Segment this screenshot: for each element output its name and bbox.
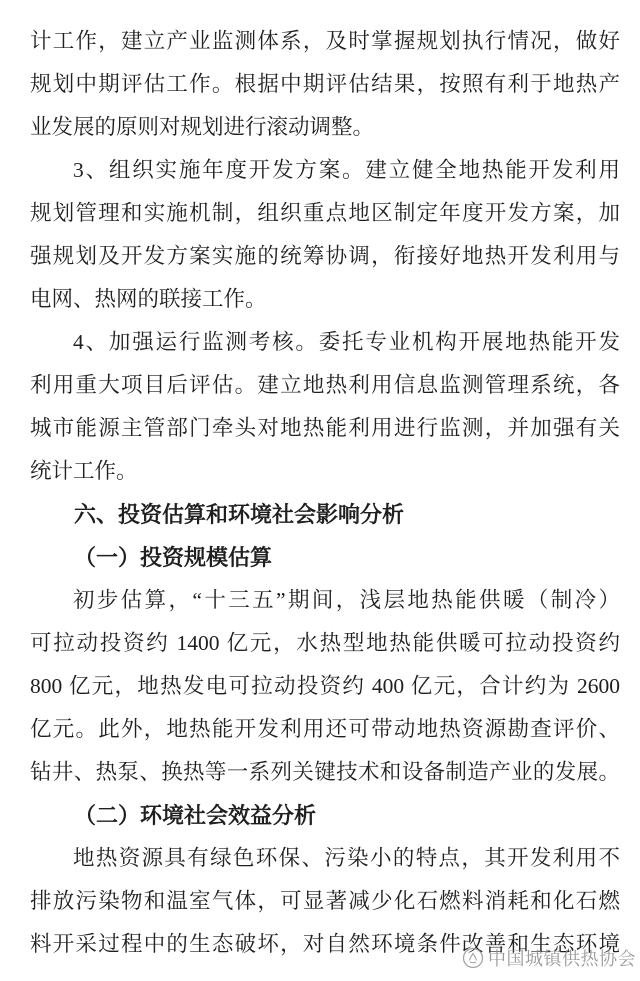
text-line: 强规划及开发方案实施的统筹协调，衔接好地热开发利用与: [30, 235, 620, 278]
text-line: 初步估算，“十三五”期间，浅层地热能供暖（制冷）: [30, 579, 620, 622]
subsection-heading: （一）投资规模估算: [30, 536, 620, 579]
text-line: 排放污染物和温室气体，可显著减少化石燃料消耗和化石燃: [30, 880, 620, 923]
text-line: 4、加强运行监测考核。委托专业机构开展地热能开发: [30, 321, 620, 364]
text-column: 计工作，建立产业监测体系，及时掌握规划执行情况，做好 规划中期评估工作。根据中期…: [30, 20, 620, 966]
subsection-heading: （二）环境社会效益分析: [30, 794, 620, 837]
paragraph: 计工作，建立产业监测体系，及时掌握规划执行情况，做好 规划中期评估工作。根据中期…: [30, 20, 620, 149]
text-line: 800 亿元，地热发电可拉动投资约 400 亿元，合计约为 2600: [30, 665, 620, 708]
paragraph: 初步估算，“十三五”期间，浅层地热能供暖（制冷） 可拉动投资约 1400 亿元，…: [30, 579, 620, 794]
text-line: 利用重大项目后评估。建立地热利用信息监测管理系统，各: [30, 364, 620, 407]
text-line: 钻井、热泵、换热等一系列关键技术和设备制造产业的发展。: [30, 751, 620, 794]
paragraph: 3、组织实施年度开发方案。建立健全地热能开发利用 规划管理和实施机制，组织重点地…: [30, 149, 620, 321]
text-line: 统计工作。: [30, 450, 620, 493]
text-line: 电网、热网的联接工作。: [30, 278, 620, 321]
watermark-text: 中国城镇供热协会: [488, 945, 636, 971]
text-line: 地热资源具有绿色环保、污染小的特点，其开发利用不: [30, 837, 620, 880]
text-line: 3、组织实施年度开发方案。建立健全地热能开发利用: [30, 149, 620, 192]
paragraph: 4、加强运行监测考核。委托专业机构开展地热能开发 利用重大项目后评估。建立地热利…: [30, 321, 620, 493]
text-line: 计工作，建立产业监测体系，及时掌握规划执行情况，做好: [30, 20, 620, 63]
watermark: 中国城镇供热协会: [461, 945, 636, 971]
association-seal-icon: [461, 946, 485, 970]
section-heading: 六、投资估算和环境社会影响分析: [30, 493, 620, 536]
text-line: 城市能源主管部门牵头对地热能利用进行监测，并加强有关: [30, 407, 620, 450]
text-line: 亿元。此外，地热能开发利用还可带动地热资源勘查评价、: [30, 708, 620, 751]
text-line: 可拉动投资约 1400 亿元，水热型地热能供暖可拉动投资约: [30, 622, 620, 665]
text-line: 业发展的原则对规划进行滚动调整。: [30, 106, 620, 149]
text-line: 规划管理和实施机制，组织重点地区制定年度开发方案，加: [30, 192, 620, 235]
document-page: 计工作，建立产业监测体系，及时掌握规划执行情况，做好 规划中期评估工作。根据中期…: [0, 0, 640, 981]
text-line: 规划中期评估工作。根据中期评估结果，按照有利于地热产: [30, 63, 620, 106]
